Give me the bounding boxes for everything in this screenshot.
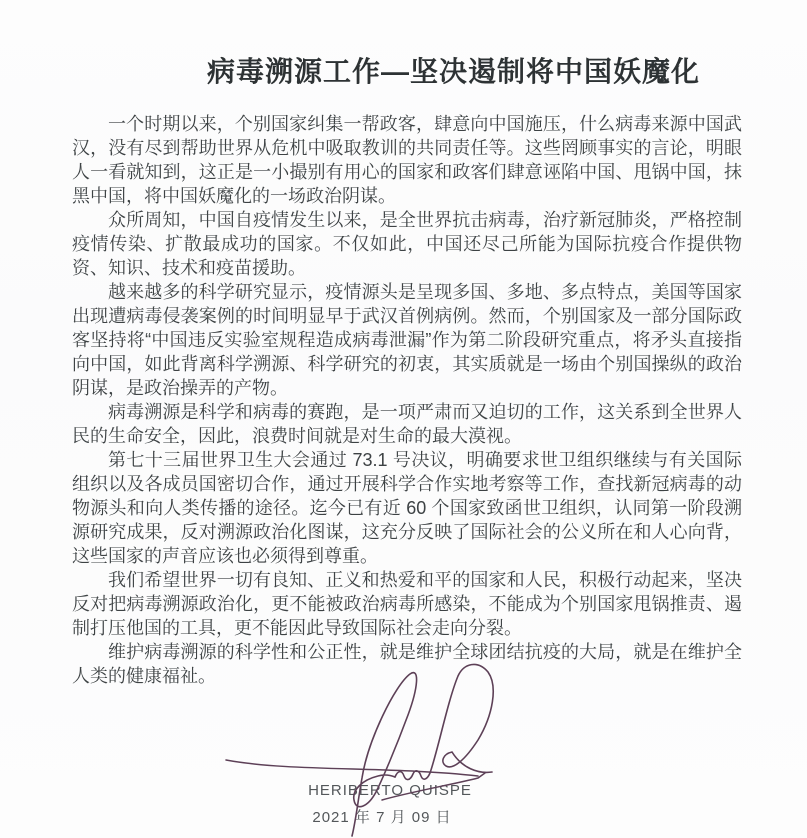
signatory-name: HERIBERTO QUISPE bbox=[210, 782, 570, 799]
paragraph-2: 众所周知，中国自疫情发生以来，是全世界抗击病毒，治疗新冠肺炎，严格控制疫情传染、… bbox=[72, 208, 742, 280]
paragraph-3: 越来越多的科学研究显示，疫情源头是呈现多国、多地、多点特点，美国等国家出现遭病毒… bbox=[72, 280, 742, 400]
signature-date: 2021 年 7 月 09 日 bbox=[210, 806, 554, 827]
document-title: 病毒溯源工作—坚决遏制将中国妖魔化 bbox=[0, 0, 807, 90]
paragraph-4: 病毒溯源是科学和病毒的赛跑，是一项严肃而又迫切的工作，这关系到全世界人民的生命安… bbox=[72, 400, 742, 448]
document-body: 一个时期以来，个别国家纠集一帮政客，肆意向中国施压，什么病毒来源中国武汉，没有尽… bbox=[72, 112, 742, 688]
paragraph-5: 第七十三届世界卫生大会通过 73.1 号决议，明确要求世卫组织继续与有关国际组织… bbox=[72, 448, 742, 568]
signature-stroke bbox=[226, 760, 478, 776]
document-page: 病毒溯源工作—坚决遏制将中国妖魔化 一个时期以来，个别国家纠集一帮政客，肆意向中… bbox=[0, 0, 807, 838]
paragraph-1: 一个时期以来，个别国家纠集一帮政客，肆意向中国施压，什么病毒来源中国武汉，没有尽… bbox=[72, 112, 742, 208]
paragraph-6: 我们希望世界一切有良知、正义和热爱和平的国家和人民，积极行动起来，坚决反对把病毒… bbox=[72, 568, 742, 640]
signature-block: HERIBERTO QUISPE 2021 年 7 月 09 日 bbox=[210, 660, 570, 838]
signature-stroke bbox=[395, 664, 493, 779]
